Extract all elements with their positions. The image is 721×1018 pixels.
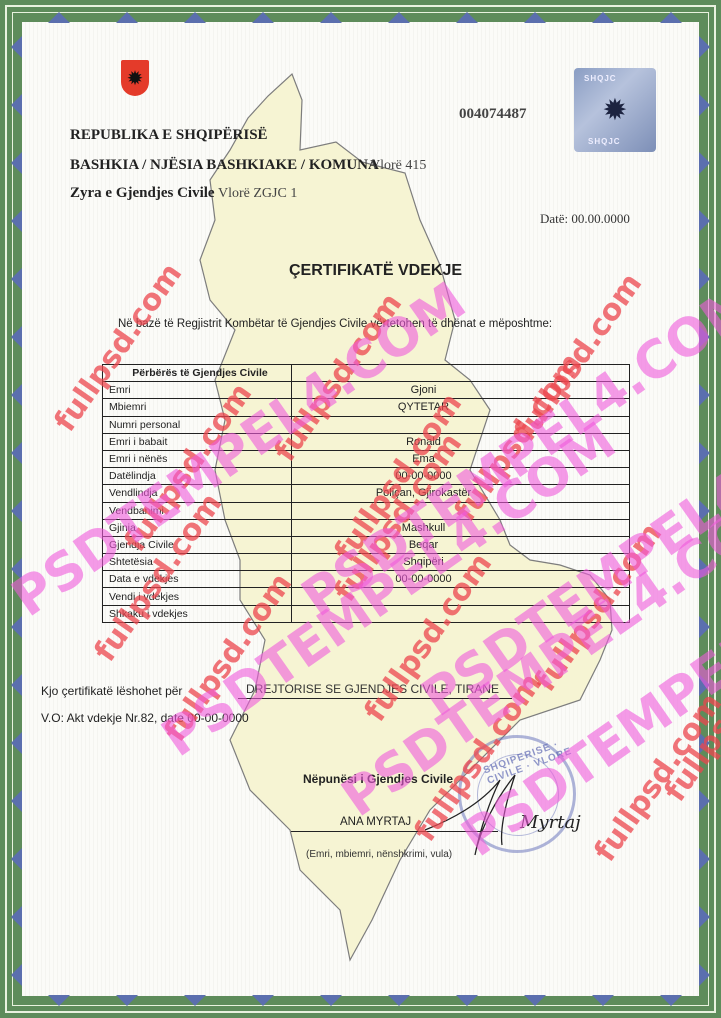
table-row: Data e vdekjes00-00-0000 (103, 571, 630, 588)
border-triangle-icon (11, 94, 22, 116)
table-row: Vendi i vdekjes (103, 588, 630, 605)
field-label: Gjendja Civile (103, 536, 292, 553)
table-row: MbiemriQYTETAR (103, 399, 630, 416)
field-label: Emri (103, 382, 292, 399)
table-row: VendlindjaPoliçan, Gjirokastër (103, 485, 630, 502)
border-triangle-icon (252, 12, 274, 23)
border-triangle-icon (592, 12, 614, 23)
border-triangle-icon (660, 995, 682, 1006)
table-header: Përbërës të Gjendjes Civile (103, 365, 292, 382)
document-title: ÇERTIFIKATË VDEKJE (0, 262, 721, 280)
border-triangle-icon (48, 995, 70, 1006)
border-triangle-icon (11, 616, 22, 638)
border-triangle-icon (11, 442, 22, 464)
table-row: Emri i babaitRonald (103, 433, 630, 450)
border-triangle-icon (699, 906, 710, 928)
field-value (292, 588, 630, 605)
field-value: Gjoni (292, 382, 630, 399)
field-label: Mbiemri (103, 399, 292, 416)
hologram-seal-icon: SHQJC ✹ SHQJC (574, 68, 656, 152)
border-triangle-icon (11, 732, 22, 754)
issue-date: Datë: 00.00.0000 (540, 211, 630, 227)
field-value: Shqipëri (292, 554, 630, 571)
border-triangle-icon (699, 326, 710, 348)
field-label: Data e vdekjes (103, 571, 292, 588)
border-triangle-icon (11, 964, 22, 986)
intro-text: Në bazë të Regjistrit Kombëtar të Gjendj… (118, 318, 552, 330)
field-label: Shtetësia (103, 554, 292, 571)
table-header-row: Përbërës të Gjendjes Civile (103, 365, 630, 382)
field-value: Poliçan, Gjirokastër (292, 485, 630, 502)
eagle-icon: ✹ (602, 93, 627, 128)
border-triangle-icon (699, 36, 710, 58)
field-label: Emri i babait (103, 433, 292, 450)
header-office-value: Vlorë ZGJC 1 (218, 186, 297, 202)
table-row: GjiniaMashkull (103, 519, 630, 536)
field-label: Emri i nënës (103, 450, 292, 467)
field-value: QYTETAR (292, 399, 630, 416)
civil-status-table: Përbërës të Gjendjes Civile EmriGjoniMbi… (102, 364, 630, 623)
border-triangle-icon (11, 500, 22, 522)
border-triangle-icon (699, 964, 710, 986)
header-municipality-label: BASHKIA / NJËSIA BASHKIAKE / KOMUNA (70, 157, 379, 174)
border-triangle-icon (184, 995, 206, 1006)
table-row: Shkaku i vdekjes (103, 605, 630, 622)
border-triangle-icon (660, 12, 682, 23)
serial-number: 004074487 (459, 106, 527, 123)
border-triangle-icon (116, 12, 138, 23)
border-triangle-icon (699, 384, 710, 406)
border-triangle-icon (592, 995, 614, 1006)
border-triangle-icon (699, 442, 710, 464)
signature-script: Myrtaj (519, 812, 581, 833)
field-label: Vendi i vdekjes (103, 588, 292, 605)
official-name: ANA MYRTAJ (340, 816, 411, 828)
border-triangle-icon (699, 152, 710, 174)
field-label: Datëlindja (103, 468, 292, 485)
table-row: Vendbanimi (103, 502, 630, 519)
border-triangle-icon (456, 12, 478, 23)
field-value: 00-00-0000 (292, 468, 630, 485)
border-triangle-icon (116, 995, 138, 1006)
border-triangle-icon (699, 674, 710, 696)
field-value: Mashkull (292, 519, 630, 536)
header-republic: REPUBLIKA E SHQIPËRISË (70, 127, 268, 144)
border-triangle-icon (699, 790, 710, 812)
issued-for-label: Kjo çertifikatë lëshohet për (41, 684, 182, 698)
field-value: Ronald (292, 433, 630, 450)
field-label: Vendbanimi (103, 502, 292, 519)
field-value (292, 605, 630, 622)
table-row: EmriGjoni (103, 382, 630, 399)
handwritten-signature: Myrtaj (420, 760, 590, 860)
border-triangle-icon (252, 995, 274, 1006)
table-row: Emri i nënësEma (103, 450, 630, 467)
border-triangle-icon (11, 906, 22, 928)
border-triangle-icon (524, 995, 546, 1006)
field-value (292, 502, 630, 519)
border-triangle-icon (11, 152, 22, 174)
border-triangle-icon (11, 848, 22, 870)
border-triangle-icon (11, 36, 22, 58)
border-triangle-icon (699, 94, 710, 116)
field-value: Beqar (292, 536, 630, 553)
hologram-text: SHQJC (584, 74, 617, 83)
border-triangle-icon (11, 790, 22, 812)
field-value (292, 416, 630, 433)
table-row: Numri personal (103, 416, 630, 433)
border-triangle-icon (11, 674, 22, 696)
field-label: Numri personal (103, 416, 292, 433)
border-triangle-icon (184, 12, 206, 23)
border-triangle-icon (699, 732, 710, 754)
field-value: Ema (292, 450, 630, 467)
border-triangle-icon (11, 558, 22, 580)
border-triangle-icon (699, 500, 710, 522)
border-triangle-icon (388, 995, 410, 1006)
border-triangle-icon (11, 210, 22, 232)
death-act-reference: V.O: Akt vdekje Nr.82, date 00-00-0000 (41, 711, 249, 725)
table-row: Gjendja CivileBeqar (103, 536, 630, 553)
table-row: ShtetësiaShqipëri (103, 554, 630, 571)
border-triangle-icon (699, 848, 710, 870)
hologram-text-bottom: SHQJC (588, 137, 621, 146)
border-triangle-icon (524, 12, 546, 23)
border-triangle-icon (699, 210, 710, 232)
field-label: Shkaku i vdekjes (103, 605, 292, 622)
field-label: Vendlindja (103, 485, 292, 502)
table-header-empty (292, 365, 630, 382)
border-triangle-icon (699, 616, 710, 638)
border-triangle-icon (388, 12, 410, 23)
border-triangle-icon (48, 12, 70, 23)
border-triangle-icon (11, 384, 22, 406)
border-triangle-icon (699, 558, 710, 580)
border-triangle-icon (11, 326, 22, 348)
header-municipality-value: Vlorë 415 (370, 158, 426, 174)
border-triangle-icon (320, 12, 342, 23)
border-triangle-icon (456, 995, 478, 1006)
field-value: 00-00-0000 (292, 571, 630, 588)
issued-for-value: DREJTORISE SE GJENDJES CIVILE, TIRANE (238, 682, 512, 699)
table-row: Datëlindja00-00-0000 (103, 468, 630, 485)
border-triangle-icon (320, 995, 342, 1006)
albanian-eagle-emblem-icon: ✹ (121, 60, 149, 96)
header-office-label: Zyra e Gjendjes Civile (70, 185, 215, 202)
field-label: Gjinia (103, 519, 292, 536)
